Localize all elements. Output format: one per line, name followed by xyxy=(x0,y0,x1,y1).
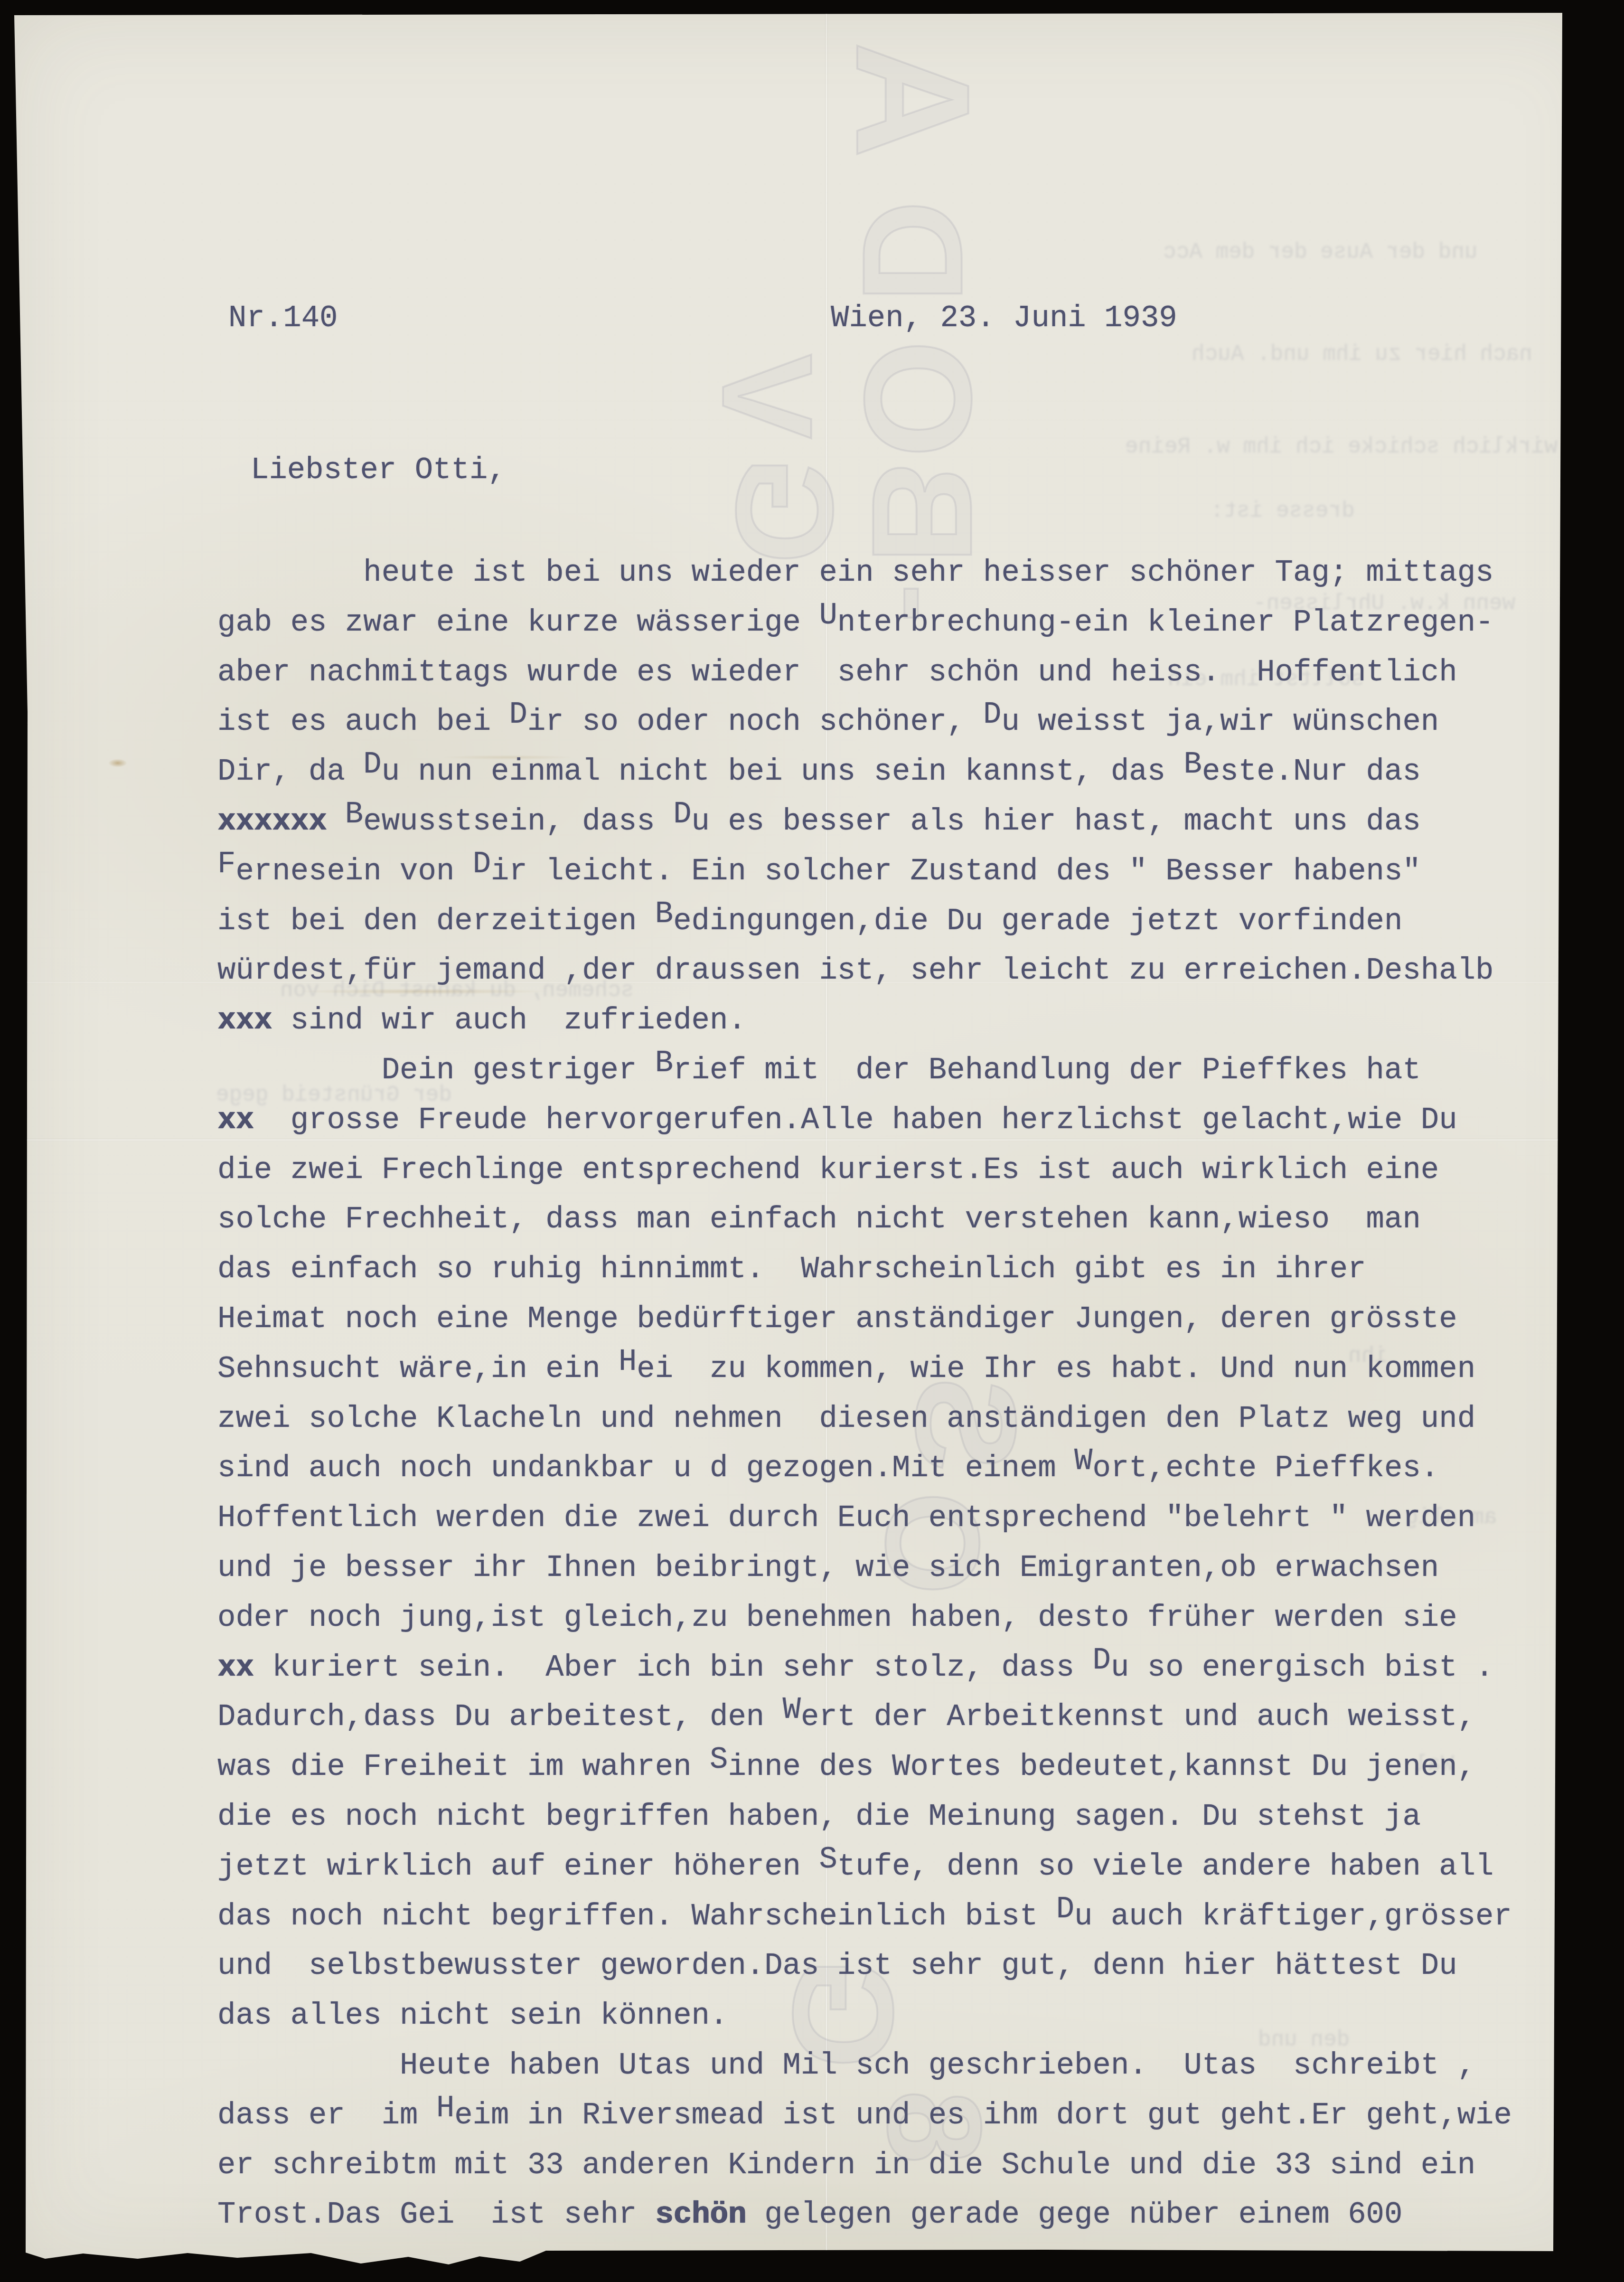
letter-line: ist bei den derzeitigen Bedingungen,die … xyxy=(217,905,1402,939)
letter-line: was die Freiheit im wahren Sinne des Wor… xyxy=(217,1750,1475,1784)
letter-line: xxx sind wir auch zufrieden. xyxy=(217,1004,746,1038)
letter-line-segment-strike: xxx xyxy=(217,1004,272,1038)
letter-line: sind auch noch undankbar u d gezogen.Mit… xyxy=(217,1452,1439,1486)
letter-line: heute ist bei uns wieder ein sehr heisse… xyxy=(217,556,1493,590)
letter-line-segment-raised: B xyxy=(655,897,673,932)
letter-line-segment: Dadurch,dass Du arbeitest, den xyxy=(217,1700,783,1735)
letter-line-segment: tufe, denn so viele andere haben all xyxy=(837,1850,1494,1884)
letter-line: Sehnsucht wäre,in ein Hei zu kommen, wie… xyxy=(217,1352,1475,1386)
letter-line-segment-raised: W xyxy=(783,1693,801,1727)
letter-line: aber nachmittags wurde es wieder sehr sc… xyxy=(217,656,1457,690)
letter-line-segment: ir leicht. Ein solcher Zustand des " Bes… xyxy=(491,855,1421,889)
letter-line-segment: solche Frechheit, dass man einfach nicht… xyxy=(217,1203,1421,1237)
letter-line-segment-raised: B xyxy=(655,1047,673,1081)
letter-line-segment: was die Freiheit im wahren xyxy=(217,1750,710,1784)
letter-line: das einfach so ruhig hinnimmt. Wahrschei… xyxy=(217,1253,1366,1287)
letter-line-segment: und selbstbewusster geworden.Das ist seh… xyxy=(217,1949,1457,1983)
letter-line-segment: u weisst ja,wir wünschen xyxy=(1001,705,1439,739)
letter-line-segment: este.Nur das xyxy=(1202,755,1421,789)
letter-line-segment-raised: D xyxy=(363,748,381,782)
letter-line-segment: zwei solche Klacheln und nehmen diesen a… xyxy=(217,1402,1475,1436)
letter-line-segment-raised: D xyxy=(673,798,691,832)
letter-line-segment: und je besser ihr Ihnen beibringt, wie s… xyxy=(217,1551,1439,1585)
letter-line-segment: rief mit der Behandlung der Pieffkes hat xyxy=(673,1054,1421,1088)
letter-line-segment: oder noch jung,ist gleich,zu benehmen ha… xyxy=(217,1601,1457,1635)
letter-line-segment: Dein gestriger xyxy=(217,1054,655,1088)
letter-line-segment: Dir, da xyxy=(217,755,363,789)
letter-line-segment: würdest,für jemand ,der draussen ist, se… xyxy=(217,954,1493,988)
letter-line-segment: u so energisch bist . xyxy=(1111,1651,1494,1685)
letter-line-segment: ewusstsein, dass xyxy=(363,805,673,839)
letter-line-segment: eim in Riversmead ist und es ihm dort gu… xyxy=(454,2099,1512,2133)
scan-vignette xyxy=(0,0,1624,2282)
letter-line-segment-strike: xxxxxx xyxy=(217,805,327,839)
paper-stain xyxy=(294,989,551,994)
letter-line-segment-raised: F xyxy=(217,848,235,882)
paper-stain xyxy=(108,759,127,767)
letter-line-segment: nterbrechung-ein kleiner Platzregen- xyxy=(837,606,1494,640)
letter-line: solche Frechheit, dass man einfach nicht… xyxy=(217,1203,1421,1237)
letter-line-segment: kuriert sein. Aber ich bin sehr stolz, d… xyxy=(254,1651,1093,1685)
letter-line: Trost.Das Gei ist sehr schön gelegen ger… xyxy=(217,2198,1402,2232)
letter-line-segment: ei zu kommen, wie Ihr es habt. Und nun k… xyxy=(637,1352,1475,1386)
letter-line: Fernesein von Dir leicht. Ein solcher Zu… xyxy=(217,855,1421,889)
bleedthrough-fragment: dresse ist: xyxy=(1211,499,1355,523)
letter-line: Hoffentlich werden die zwei durch Euch e… xyxy=(217,1501,1475,1536)
letter-line-segment-raised: H xyxy=(436,2092,454,2126)
letter-line-segment: das einfach so ruhig hinnimmt. Wahrschei… xyxy=(217,1253,1366,1287)
letter-line: und je besser ihr Ihnen beibringt, wie s… xyxy=(217,1551,1439,1585)
letter-line: würdest,für jemand ,der draussen ist, se… xyxy=(217,954,1493,988)
letter-line: er schreibtm mit 33 anderen Kindern in d… xyxy=(217,2149,1475,2183)
watermark-letter: V xyxy=(703,354,831,439)
letter-line-segment-raised: D xyxy=(473,848,491,882)
letter-line-segment-raised: S xyxy=(819,1843,837,1877)
letter-line-segment: ist es auch bei xyxy=(217,705,509,739)
letter-line-segment: die es noch nicht begriffen haben, die M… xyxy=(217,1800,1421,1834)
letter-line-segment: Hoffentlich werden die zwei durch Euch e… xyxy=(217,1501,1475,1536)
watermark-letter: O xyxy=(842,340,994,458)
watermark-letter: A xyxy=(832,41,994,158)
letter-line-segment: sind wir auch zufrieden. xyxy=(272,1004,746,1038)
watermark-letter: D xyxy=(842,200,984,303)
letter-line-segment: er schreibtm mit 33 anderen Kindern in d… xyxy=(217,2149,1475,2183)
letter-line-segment: ernesein von xyxy=(235,855,472,889)
letter-line: Heute haben Utas und Mil sch geschrieben… xyxy=(217,2049,1475,2083)
watermark-letter: G xyxy=(716,457,854,564)
bleedthrough-fragment: und der Ause der dem Acc xyxy=(1163,240,1478,264)
letter-line-segment: sind auch noch undankbar u d gezogen.Mit… xyxy=(217,1452,1074,1486)
letter-line: gab es zwar eine kurze wässerige Unterbr… xyxy=(217,606,1493,640)
letter-line-segment: dass er im xyxy=(217,2099,436,2133)
letter-line-segment: grosse Freude hervorgerufen.Alle haben h… xyxy=(254,1103,1457,1138)
letter-line-segment-raised: D xyxy=(1093,1644,1111,1678)
letter-line-segment-raised: S xyxy=(710,1743,728,1777)
letter-line-segment: Heimat noch eine Menge bedürftiger anstä… xyxy=(217,1302,1457,1337)
letter-line-segment: Sehnsucht wäre,in ein xyxy=(217,1352,619,1386)
letter-line: jetzt wirklich auf einer höheren Stufe, … xyxy=(217,1850,1493,1884)
letter-line: die es noch nicht begriffen haben, die M… xyxy=(217,1800,1421,1834)
letter-line-segment-raised: B xyxy=(345,798,363,832)
letter-line-segment-raised: B xyxy=(1184,748,1202,782)
letter-line-segment-bold: schön xyxy=(655,2198,746,2232)
letter-line-segment-raised: H xyxy=(619,1345,637,1379)
letter-line: xx kuriert sein. Aber ich bin sehr stolz… xyxy=(217,1651,1493,1685)
letter-line-segment-raised: D xyxy=(509,698,527,732)
letter-line-segment-raised: W xyxy=(1074,1444,1092,1479)
letter-line: das noch nicht begriffen. Wahrscheinlich… xyxy=(217,1900,1512,1934)
letter-line-segment: jetzt wirklich auf einer höheren xyxy=(217,1850,819,1884)
letter-line: xx grosse Freude hervorgerufen.Alle habe… xyxy=(217,1103,1457,1138)
letter-line: Dadurch,dass Du arbeitest, den Wert der … xyxy=(217,1700,1475,1735)
letter-line: ist es auch bei Dir so oder noch schöner… xyxy=(217,705,1439,739)
letter-line-segment: ist bei den derzeitigen xyxy=(217,905,655,939)
letter-line: Dir, da Du nun einmal nicht bei uns sein… xyxy=(217,755,1421,789)
letter-line-segment: u auch kräftiger,grösser xyxy=(1074,1900,1512,1934)
letter-line: Dein gestriger Brief mit der Behandlung … xyxy=(217,1054,1421,1088)
letter-line-segment-strike: xx xyxy=(217,1651,254,1685)
letter-line: zwei solche Klacheln und nehmen diesen a… xyxy=(217,1402,1475,1436)
letter-line-segment-raised: D xyxy=(983,698,1001,732)
letter-line: oder noch jung,ist gleich,zu benehmen ha… xyxy=(217,1601,1457,1635)
letter-line-segment: Heute haben Utas und Mil sch geschrieben… xyxy=(217,2049,1475,2083)
letter-line-segment: gab es zwar eine kurze wässerige xyxy=(217,606,819,640)
fold-crease-horizontal xyxy=(0,1139,1624,1141)
letter-line-segment: Trost.Das Gei ist sehr xyxy=(217,2198,655,2232)
letter-line-segment: edingungen,die Du gerade jetzt vorfinden xyxy=(673,905,1402,939)
watermark-letter: B xyxy=(851,462,994,565)
fold-crease-vertical xyxy=(825,0,828,2282)
letter-salutation: Liebster Otti, xyxy=(251,453,506,488)
letter-line: das alles nicht sein können. xyxy=(217,1999,728,2033)
letter-line-segment: die zwei Frechlinge entsprechend kuriers… xyxy=(217,1153,1439,1188)
letter-line-segment: u es besser als hier hast, macht uns das xyxy=(692,805,1421,839)
letter-line: die zwei Frechlinge entsprechend kuriers… xyxy=(217,1153,1439,1188)
letter-line-segment: das alles nicht sein können. xyxy=(217,1999,728,2033)
letter-dateline: Wien, 23. Juni 1939 xyxy=(831,302,1177,336)
letter-line: xxxxxx Bewusstsein, dass Du es besser al… xyxy=(217,805,1421,839)
letter-line-segment: u nun einmal nicht bei uns sein kannst, … xyxy=(382,755,1184,789)
letter-line-segment: heute ist bei uns wieder ein sehr heisse… xyxy=(217,556,1493,590)
bleedthrough-fragment: wirklich schicke ich ihm w. Reine xyxy=(1125,434,1558,459)
letter-page: ADOVBG-SOG8 und der Ause der dem Accnach… xyxy=(0,0,1624,2282)
letter-line-segment: gelegen gerade gege nüber einem 600 xyxy=(746,2198,1403,2232)
letter-line-segment-strike: xx xyxy=(217,1103,254,1138)
letter-line-segment: das noch nicht begriffen. Wahrscheinlich… xyxy=(217,1900,1056,1934)
letter-line: Heimat noch eine Menge bedürftiger anstä… xyxy=(217,1302,1457,1337)
letter-line-segment: ir so oder noch schöner, xyxy=(527,705,983,739)
letter-line: und selbstbewusster geworden.Das ist seh… xyxy=(217,1949,1457,1983)
letter-line-segment: inne des Wortes bedeutet,kannst Du jenen… xyxy=(728,1750,1475,1784)
letter-line-segment-raised: D xyxy=(1056,1893,1074,1927)
letter-line: dass er im Heim in Riversmead ist und es… xyxy=(217,2099,1512,2133)
letter-line-segment-raised: U xyxy=(819,599,837,633)
letter-number: Nr.140 xyxy=(228,302,338,336)
letter-line-segment xyxy=(327,805,345,839)
bleedthrough-fragment: nach hier zu ihm und. Auch xyxy=(1192,342,1532,367)
letter-line-segment: aber nachmittags wurde es wieder sehr sc… xyxy=(217,656,1457,690)
letter-line-segment: ert der Arbeitkennst und auch weisst, xyxy=(801,1700,1475,1735)
letter-line-segment: ort,echte Pieffkes. xyxy=(1093,1452,1439,1486)
